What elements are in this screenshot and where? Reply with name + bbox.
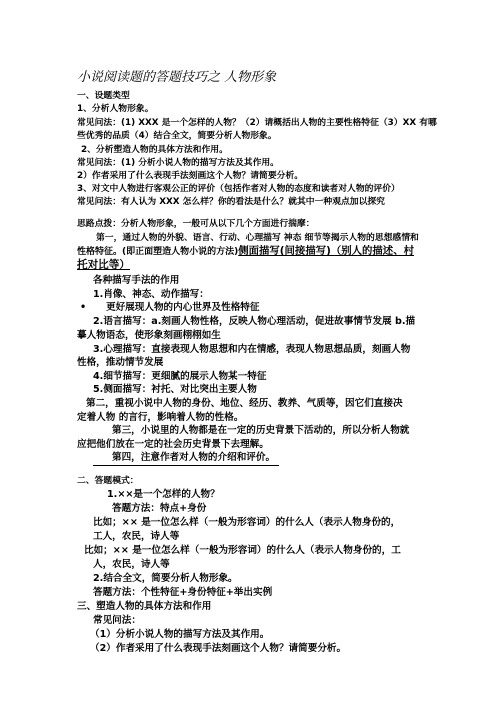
section3-question1: （1）分析小说人物的描写方法及其作用。 (90, 629, 269, 641)
method-3-line1: 3.心理描写：直接表现人物思想和内在情感，表现人物思想品质，刻画人物 (93, 344, 410, 356)
method-1-bullet: • (80, 302, 86, 314)
answer-q2: 2.结合全文，简要分析人物形象。 (93, 573, 238, 585)
item2-question2: 2）作者采用了什么表现手法刻画这个人物？请简要分析。 (77, 170, 303, 182)
tip-first-underlined: 侧面描写(间接描写)（别人的描述、村 (238, 245, 414, 257)
tip-fourth-underline (93, 465, 279, 466)
item1-heading: 1、分析人物形象。 (77, 103, 154, 115)
tip-first-line2: 性格特征。(即正面塑造人物小说的方法)侧面描写(间接描写)（别人的描述、村 (77, 245, 414, 258)
item3-question: 常见问法：有人认为 XXX 怎么样？你的看法是什么？就其中一种观点加以探究 (77, 196, 385, 208)
method-4: 4.细节描写：更细腻的展示人物某一特征 (93, 371, 266, 383)
answer-q1-method: 答题方法：特点+身份 (112, 503, 206, 515)
tip-third-line1: 第三，小说里的人物都是在一定的历史背景下活动的，所以分析人物就 (112, 425, 409, 437)
tip-third-line2: 应把他们放在一定的社会历史背景下去理解。 (77, 439, 269, 451)
method-1-detail: 更好展现人物的内心世界及性格特征 (106, 302, 260, 314)
example2-line1: 比如；×× 是一位怎么样（一般为形容词）的什么人（表示人物身份的，工 (84, 545, 401, 557)
document-page: 小说阅读题的答题技巧之 人物形象 一、设题类型 1、分析人物形象。 常见问法：(… (0, 0, 496, 702)
tip-second-line1: 第二，重视小说中人物的身份、地位、经历、教养、气质等，因它们直接决 (86, 398, 403, 410)
tip-first-line3: 托对比等） (77, 259, 130, 272)
section1-heading: 一、设题类型 (77, 90, 130, 102)
example1-line2: 工人，农民，诗人等 (93, 531, 179, 543)
methods-heading: 各种描写手法的作用 (93, 275, 179, 287)
item2-heading: 2、分析塑造人物的具体方法和作用。 (81, 144, 228, 156)
item1-questions-line2: 些优秀的品质（4）结合全文，简要分析人物形象。 (77, 130, 277, 142)
section3-question-label: 常见问法： (93, 615, 141, 627)
method-2-line2: 摹人物语态，使形象刻画栩栩如生 (77, 330, 221, 342)
method-2-line1: 2.语言描写：a.刻画人物性格，反映人物心理活动，促进故事情节发展 b.描 (93, 316, 415, 328)
section3-heading: 三、塑造人物的具体方法和作用 (77, 601, 211, 613)
section2-heading: 二、答题模式： (77, 475, 139, 487)
item1-questions-line1: 常见问法：(1) XXX 是一个怎样的人物？（2）请概括出人物的主要性格特征（3… (77, 117, 437, 129)
method-5: 5.侧面描写：衬托、对比突出主要人物 (93, 384, 257, 396)
tip-fourth: 第四，注意作者对人物的介绍和评价。 (112, 452, 275, 464)
tips-intro: 思路点拨：分析人物形象，一般可从以下几个方面进行揣摩： (77, 218, 315, 230)
tip-second-line2: 定着人物 的言行，影响着人物的性格。 (77, 412, 243, 424)
item2-question1: 常见问法：(1) 分析小说人物的描写方法及其作用。 (77, 157, 279, 169)
tip-first-plain: 性格特征。(即正面塑造人物小说的方法) (77, 247, 238, 257)
example2-line2: 人，农民，诗人等 (93, 559, 170, 571)
method-3-line2: 性格，推动情节发展 (77, 357, 163, 369)
example1-line1: 比如；×× 是一位怎么样（一般为形容词）的什么人（表示人物身份的， (93, 517, 400, 529)
section3-question2: （2）作者采用了什么表现手法刻画这个人物？请简要分析。 (90, 643, 346, 655)
item3-heading: 3、对文中人物进行客观公正的评价（包括作者对人物的态度和读者对人物的评价） (77, 183, 400, 195)
answer-q2-method: 答题方法：个性特征+身份特征+举出实例 (93, 587, 272, 599)
method-1: 1.肖像、神态、动作描写： (93, 289, 209, 301)
answer-q1: 1.××是一个怎样的人物？ (107, 489, 220, 501)
document-title: 小说阅读题的答题技巧之 人物形象 (77, 66, 276, 85)
tip-first-line1: 第一，通过人物的外貌、语言、行动、心理描写 神态 细节等揭示人物的思想感情和 (96, 232, 419, 244)
